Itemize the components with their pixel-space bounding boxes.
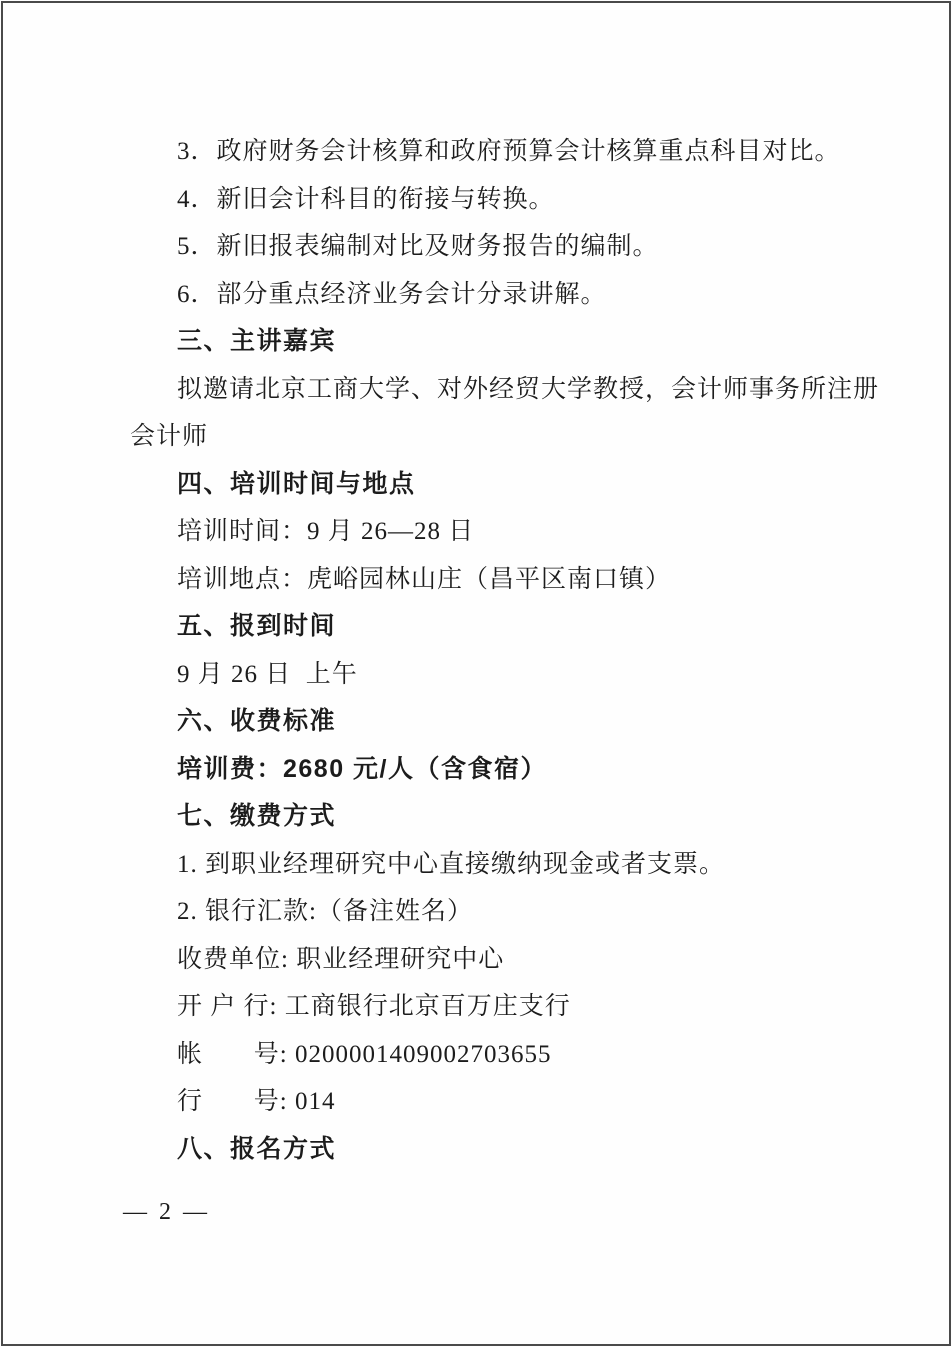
- heading-section-8-registration: 八、报名方式: [130, 1126, 832, 1174]
- line-checkin-date: 9 月 26 日 上午: [130, 651, 832, 699]
- page-number: — 2 —: [123, 1192, 210, 1232]
- line-bank-code: 行 号: 014: [130, 1078, 832, 1126]
- list-item-4: 4．新旧会计科目的衔接与转换。: [130, 176, 832, 224]
- list-item-3: 3．政府财务会计核算和政府预算会计核算重点科目对比。: [130, 128, 832, 176]
- payment-item-2: 2. 银行汇款:（备注姓名）: [130, 888, 832, 936]
- heading-section-4-time-place: 四、培训时间与地点: [130, 461, 832, 509]
- heading-section-5-checkin-time: 五、报到时间: [130, 603, 832, 651]
- paragraph-speakers-line-1: 拟邀请北京工商大学、对外经贸大学教授，会计师事务所注册: [130, 366, 832, 414]
- payment-item-1: 1. 到职业经理研究中心直接缴纳现金或者支票。: [130, 841, 832, 889]
- heading-section-3-speakers: 三、主讲嘉宾: [130, 318, 832, 366]
- line-training-fee: 培训费：2680 元/人（含食宿）: [130, 746, 832, 794]
- list-item-6: 6．部分重点经济业务会计分录讲解。: [130, 271, 832, 319]
- list-item-5: 5．新旧报表编制对比及财务报告的编制。: [130, 223, 832, 271]
- line-bank-name: 开 户 行: 工商银行北京百万庄支行: [130, 983, 832, 1031]
- line-training-location: 培训地点：虎峪园林山庄（昌平区南口镇）: [130, 556, 832, 604]
- document-body: 3．政府财务会计核算和政府预算会计核算重点科目对比。 4．新旧会计科目的衔接与转…: [130, 128, 832, 1173]
- paragraph-speakers-line-2: 会计师: [130, 413, 832, 461]
- heading-section-7-payment-method: 七、缴费方式: [130, 793, 832, 841]
- heading-section-6-fee-standard: 六、收费标准: [130, 698, 832, 746]
- line-payee-unit: 收费单位: 职业经理研究中心: [130, 936, 832, 984]
- line-account-number: 帐 号: 0200001409002703655: [130, 1031, 832, 1079]
- line-training-time: 培训时间：9 月 26—28 日: [130, 508, 832, 556]
